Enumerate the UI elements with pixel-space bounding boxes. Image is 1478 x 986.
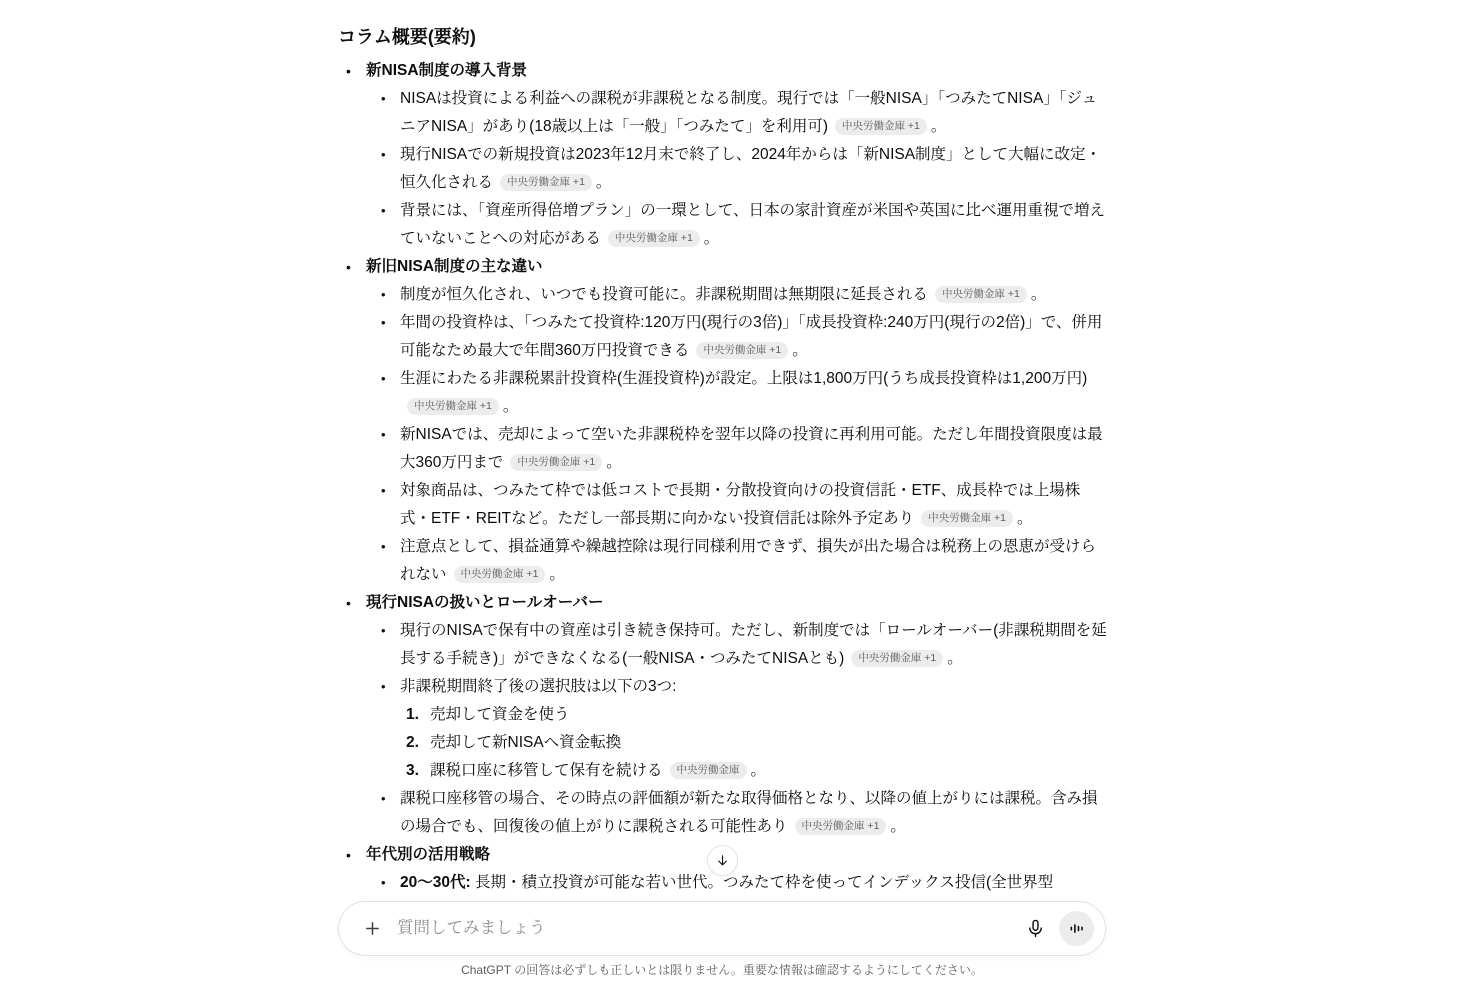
list-item: • 新NISA制度の導入背景 • NISAは投資による利益への課税が非課税となる… xyxy=(338,57,1108,253)
bullet-icon: • xyxy=(381,85,386,113)
bullet-icon: • xyxy=(381,421,386,449)
bullet-icon: • xyxy=(381,617,386,645)
citation-badge[interactable]: 中央労働金庫 +1 xyxy=(510,454,602,471)
item-text: 現行のNISAで保有中の資産は引き続き保持可。ただし、新制度では「ロールオーバー… xyxy=(400,622,1107,667)
bullet-icon: • xyxy=(381,365,386,393)
outline-list: • 新NISA制度の導入背景 • NISAは投資による利益への課税が非課税となる… xyxy=(338,57,1108,897)
item-suffix: 。 xyxy=(947,650,963,667)
bullet-icon: • xyxy=(381,197,386,225)
list-item: • 課税口座移管の場合、その時点の評価額が新たな取得価格となり、以降の値上がりに… xyxy=(366,785,1108,841)
voice-waveform-icon xyxy=(1067,919,1086,938)
item-text: 背景には、「資産所得倍増プラン」の一環として、日本の家計資産が米国や英国に比べ運… xyxy=(400,202,1105,247)
list-item: • 現行のNISAで保有中の資産は引き続き保持可。ただし、新制度では「ロールオー… xyxy=(366,617,1108,673)
item-text: 売却して新NISAへ資金転換 xyxy=(430,734,621,751)
arrow-down-icon xyxy=(715,853,730,868)
list-item: • 現行NISAでの新規投資は2023年12月末で終了し、2024年からは「新N… xyxy=(366,141,1108,197)
item-suffix: 。 xyxy=(931,118,947,135)
sub-list: • NISAは投資による利益への課税が非課税となる制度。現行では「一般NISA」… xyxy=(366,85,1108,253)
item-suffix: 。 xyxy=(549,566,565,583)
item-text: 売却して資金を使う xyxy=(430,706,570,723)
dictate-button[interactable] xyxy=(1019,913,1051,945)
bullet-icon: • xyxy=(381,309,386,337)
item-suffix: 。 xyxy=(751,762,767,779)
item-text: 生涯にわたる非課税累計投資枠(生涯投資枠)が設定。上限は1,800万円(うち成長… xyxy=(400,370,1087,387)
item-text: 長期・積立投資が可能な若い世代。つみたて枠を使ってインデックス投信(全世界型 xyxy=(471,874,1054,891)
list-item: • 20〜30代: 長期・積立投資が可能な若い世代。つみたて枠を使ってインデック… xyxy=(366,869,1108,897)
item-bold-prefix: 20〜30代: xyxy=(400,874,471,891)
section-heading: 新旧NISA制度の主な違い xyxy=(366,258,543,275)
citation-badge[interactable]: 中央労働金庫 +1 xyxy=(921,510,1013,527)
citation-badge[interactable]: 中央労働金庫 +1 xyxy=(795,818,887,835)
bullet-icon: • xyxy=(381,281,386,309)
item-suffix: 。 xyxy=(606,454,622,471)
item-text: 新NISAでは、売却によって空いた非課税枠を翌年以降の投資に再利用可能。ただし年… xyxy=(400,426,1103,471)
attach-button[interactable] xyxy=(357,914,387,944)
composer xyxy=(338,901,1106,956)
sub-list: • 現行のNISAで保有中の資産は引き続き保持可。ただし、新制度では「ロールオー… xyxy=(366,617,1108,841)
bullet-icon: • xyxy=(346,589,351,617)
ordered-item: 売却して資金を使う xyxy=(400,701,1108,729)
list-item: • 生涯にわたる非課税累計投資枠(生涯投資枠)が設定。上限は1,800万円(うち… xyxy=(366,365,1108,421)
item-suffix: 。 xyxy=(596,174,612,191)
item-text: 制度が恒久化され、いつでも投資可能に。非課税期間は無期限に延長される xyxy=(400,286,928,303)
disclaimer-text: ChatGPT の回答は必ずしも正しいとは限りません。重要な情報は確認するように… xyxy=(338,962,1106,978)
item-suffix: 。 xyxy=(792,342,808,359)
list-item: • 現行NISAの扱いとロールオーバー • 現行のNISAで保有中の資産は引き続… xyxy=(338,589,1108,841)
section-heading: 現行NISAの扱いとロールオーバー xyxy=(366,594,603,611)
item-suffix: 。 xyxy=(503,398,519,415)
sub-list: • 制度が恒久化され、いつでも投資可能に。非課税期間は無期限に延長される中央労働… xyxy=(366,281,1108,589)
list-item: • 注意点として、損益通算や繰越控除は現行同様利用できず、損失が出た場合は税務上… xyxy=(366,533,1108,589)
voice-mode-button[interactable] xyxy=(1059,911,1094,946)
item-suffix: 。 xyxy=(890,818,906,835)
citation-badge[interactable]: 中央労働金庫 +1 xyxy=(935,286,1027,303)
item-text: 非課税期間終了後の選択肢は以下の3つ: xyxy=(400,678,676,695)
item-suffix: 。 xyxy=(1031,286,1047,303)
list-item: • 制度が恒久化され、いつでも投資可能に。非課税期間は無期限に延長される中央労働… xyxy=(366,281,1108,309)
item-text: 課税口座に移管して保有を続ける xyxy=(430,762,663,779)
sub-list: • 20〜30代: 長期・積立投資が可能な若い世代。つみたて枠を使ってインデック… xyxy=(366,869,1108,897)
item-suffix: 。 xyxy=(704,230,720,247)
message-title: コラム概要(要約) xyxy=(338,26,1108,48)
citation-badge[interactable]: 中央労働金庫 +1 xyxy=(851,650,943,667)
list-item: • 背景には、「資産所得倍増プラン」の一環として、日本の家計資産が米国や英国に比… xyxy=(366,197,1108,253)
bullet-icon: • xyxy=(346,57,351,85)
assistant-message: コラム概要(要約) • 新NISA制度の導入背景 • NISAは投資による利益へ… xyxy=(338,26,1108,897)
bullet-icon: • xyxy=(381,533,386,561)
citation-badge[interactable]: 中央労働金庫 +1 xyxy=(696,342,788,359)
section-heading: 年代別の活用戦略 xyxy=(366,846,490,863)
citation-badge[interactable]: 中央労働金庫 xyxy=(670,762,747,779)
citation-badge[interactable]: 中央労働金庫 +1 xyxy=(407,398,499,415)
bullet-icon: • xyxy=(381,673,386,701)
scroll-to-bottom-button[interactable] xyxy=(707,845,738,876)
ordered-item: 課税口座に移管して保有を続ける中央労働金庫。 xyxy=(400,757,1108,785)
list-item: • 年間の投資枠は、「つみたて投資枠:120万円(現行の3倍)」「成長投資枠:2… xyxy=(366,309,1108,365)
citation-badge[interactable]: 中央労働金庫 +1 xyxy=(835,118,927,135)
bullet-icon: • xyxy=(346,841,351,869)
citation-badge[interactable]: 中央労働金庫 +1 xyxy=(454,566,546,583)
bullet-icon: • xyxy=(381,141,386,169)
bullet-icon: • xyxy=(381,477,386,505)
message-input[interactable] xyxy=(395,918,1019,939)
plus-icon xyxy=(362,918,383,939)
list-item: • NISAは投資による利益への課税が非課税となる制度。現行では「一般NISA」… xyxy=(366,85,1108,141)
bullet-icon: • xyxy=(381,785,386,813)
list-item: • 新NISAでは、売却によって空いた非課税枠を翌年以降の投資に再利用可能。ただ… xyxy=(366,421,1108,477)
item-suffix: 。 xyxy=(1017,510,1033,527)
microphone-icon xyxy=(1025,918,1046,939)
list-item: • 新旧NISA制度の主な違い • 制度が恒久化され、いつでも投資可能に。非課税… xyxy=(338,253,1108,589)
citation-badge[interactable]: 中央労働金庫 +1 xyxy=(500,174,592,191)
item-text: NISAは投資による利益への課税が非課税となる制度。現行では「一般NISA」「つ… xyxy=(400,90,1097,135)
bullet-icon: • xyxy=(381,869,386,897)
list-item: • 非課税期間終了後の選択肢は以下の3つ: 売却して資金を使う 売却して新NIS… xyxy=(366,673,1108,785)
list-item: • 対象商品は、つみたて枠では低コストで長期・分散投資向けの投資信託・ETF、成… xyxy=(366,477,1108,533)
item-text: 課税口座移管の場合、その時点の評価額が新たな取得価格となり、以降の値上がりには課… xyxy=(400,790,1098,835)
ordered-item: 売却して新NISAへ資金転換 xyxy=(400,729,1108,757)
ordered-list: 売却して資金を使う 売却して新NISAへ資金転換 課税口座に移管して保有を続ける… xyxy=(400,701,1108,785)
bullet-icon: • xyxy=(346,253,351,281)
citation-badge[interactable]: 中央労働金庫 +1 xyxy=(608,230,700,247)
section-heading: 新NISA制度の導入背景 xyxy=(366,62,527,79)
